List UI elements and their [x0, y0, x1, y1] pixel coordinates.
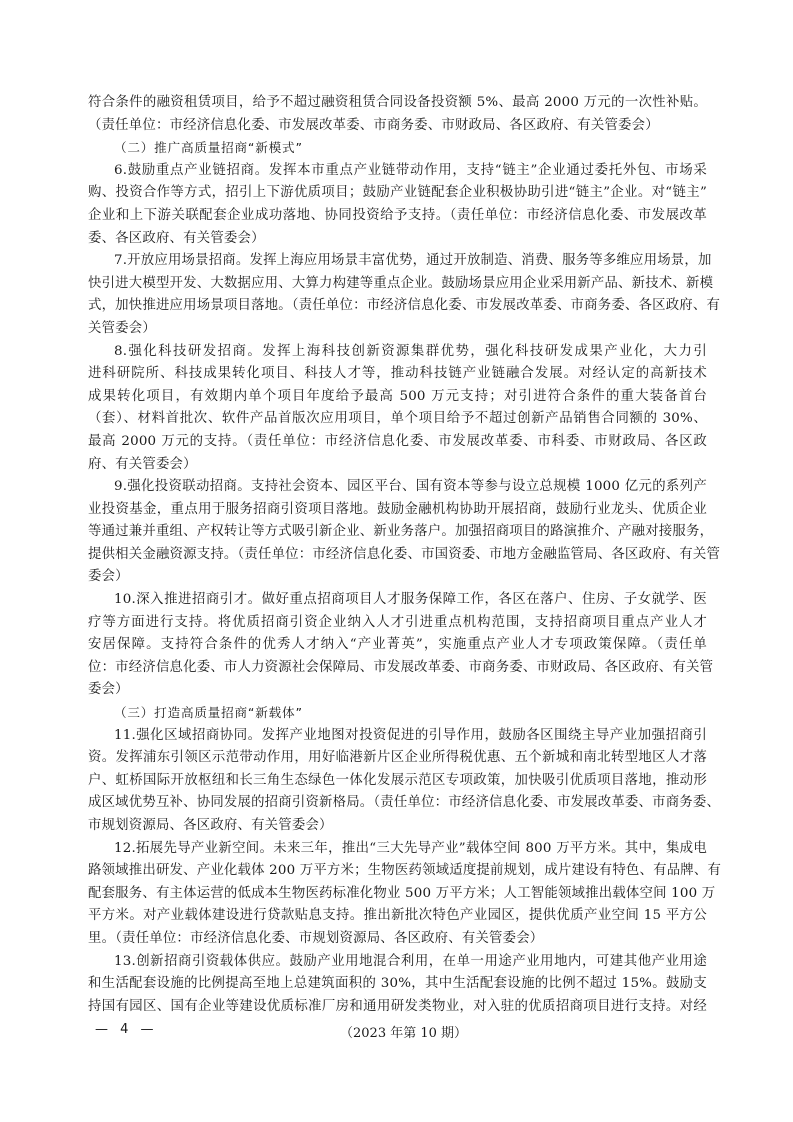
text-line: 位：市经济信息化委、市人力资源社会保障局、市发展改革委、市商务委、市财政局、各区… [88, 657, 707, 680]
text-line: 快引进大模型开发、大数据应用、大算力构建等重点企业。鼓励场景应用企业采用新产品、… [88, 273, 707, 296]
text-line: 9.强化投资联动招商。支持社会资本、园区平台、国有资本等参与设立总规模 1000… [88, 476, 707, 499]
text-line: 符合条件的融资租赁项目，给予不超过融资租赁合同设备投资额 5%、最高 2000 … [88, 92, 707, 115]
text-line: 13.创新招商引资载体供应。鼓励产业用地混合利用，在单一用途产业用地内，可建其他… [88, 951, 707, 974]
text-line: 成果转化项目，有效期内单个项目年度给予最高 500 万元支持；对引进符合条件的重… [88, 386, 707, 409]
text-line: 企业和上下游关联配套企业成功落地、协同投资给予支持。（责任单位：市经济信息化委、… [88, 205, 707, 228]
text-line: 进科研院所、科技成果转化项目、科技人才等，推动科技链产业链融合发展。对经认定的高… [88, 363, 707, 386]
text-line: 提供相关金融资源支持。（责任单位：市经济信息化委、市国资委、市地方金融监管局、各… [88, 544, 707, 567]
page-number: — 4 — [95, 1022, 158, 1037]
text-line: 最高 2000 万元的支持。（责任单位：市经济信息化委、市发展改革委、市科委、市… [88, 431, 707, 454]
text-line: 业投资基金，重点用于服务招商引资项目落地。鼓励金融机构协助开展招商，鼓励行业龙头… [88, 499, 707, 522]
issue-label: （2023 年第 10 期） [340, 1022, 467, 1041]
text-line: 和生活配套设施的比例提高至地上总建筑面积的 30%，其中生活配套设施的比例不超过… [88, 973, 707, 996]
text-line: 式，加快推进应用场景项目落地。（责任单位：市经济信息化委、市发展改革委、市商务委… [88, 295, 707, 318]
text-line: （责任单位：市经济信息化委、市发展改革委、市商务委、市财政局、各区政府、有关管委… [88, 115, 707, 138]
section-heading: （二）推广高质量招商“新模式” [88, 137, 707, 160]
text-line: 市规划资源局、各区政府、有关管委会） [88, 815, 707, 838]
text-line: 平方米。对产业载体建设进行贷款贴息支持。推出新批次特色产业园区，提供优质产业空间… [88, 905, 707, 928]
text-line: 12.拓展先导产业新空间。未来三年，推出“三大先导产业”载体空间 800 万平方… [88, 838, 707, 861]
text-line: （套）、材料首批次、软件产品首版次应用项目，单个项目给予不超过创新产品销售合同额… [88, 408, 707, 431]
text-line: 里。（责任单位：市经济信息化委、市规划资源局、各区政府、有关管委会） [88, 928, 707, 951]
text-line: 成区域优势互补、协同发展的招商引资新格局。（责任单位：市经济信息化委、市发展改革… [88, 792, 707, 815]
text-line: 安居保障。支持符合条件的优秀人才纳入“产业菁英”，实施重点产业人才专项政策保障。… [88, 634, 707, 657]
text-line: 路领域推出研发、产业化载体 200 万平方米；生物医药领域适度提前规划，成片建设… [88, 860, 707, 883]
text-line: 府、有关管委会） [88, 454, 707, 477]
text-line: 疗等方面进行支持。将优质招商引资企业纳入人才引进重点机构范围，支持招商项目重点产… [88, 612, 707, 635]
page-footer: — 4 — （2023 年第 10 期） [0, 1022, 793, 1044]
text-line: 关管委会） [88, 318, 707, 341]
text-line: 8.强化科技研发招商。发挥上海科技创新资源集群优势，强化科技研发成果产业化，大力… [88, 341, 707, 364]
text-line: 户、虹桥国际开放枢纽和长三角生态绿色一体化发展示范区专项政策，加快吸引优质项目落… [88, 770, 707, 793]
document-body: 符合条件的融资租赁项目，给予不超过融资租赁合同设备投资额 5%、最高 2000 … [88, 92, 707, 1018]
section-heading: （三）打造高质量招商“新载体” [88, 702, 707, 725]
text-line: 委、各区政府、有关管委会） [88, 228, 707, 251]
text-line: 等通过兼并重组、产权转让等方式吸引新企业、新业务落户。加强招商项目的路演推介、产… [88, 521, 707, 544]
text-line: 7.开放应用场景招商。发挥上海应用场景丰富优势，通过开放制造、消费、服务等多维应… [88, 250, 707, 273]
text-line: 6.鼓励重点产业链招商。发挥本市重点产业链带动作用，支持“链主”企业通过委托外包… [88, 160, 707, 183]
text-line: 配套服务、有主体运营的低成本生物医药标准化物业 500 万平方米；人工智能领域推… [88, 883, 707, 906]
text-line: 资。发挥浦东引领区示范带动作用，用好临港新片区企业所得税优惠、五个新城和南北转型… [88, 747, 707, 770]
text-line: 委会） [88, 679, 707, 702]
text-line: 委会） [88, 566, 707, 589]
text-line: 10.深入推进招商引才。做好重点招商项目人才服务保障工作，各区在落户、住房、子女… [88, 589, 707, 612]
text-line: 购、投资合作等方式，招引上下游优质项目；鼓励产业链配套企业积极协助引进“链主”企… [88, 182, 707, 205]
text-line: 11.强化区域招商协同。发挥产业地图对投资促进的引导作用，鼓励各区围绕主导产业加… [88, 725, 707, 748]
text-line: 持国有园区、国有企业等建设优质标准厂房和通用研发类物业，对入驻的优质招商项目进行… [88, 996, 707, 1019]
